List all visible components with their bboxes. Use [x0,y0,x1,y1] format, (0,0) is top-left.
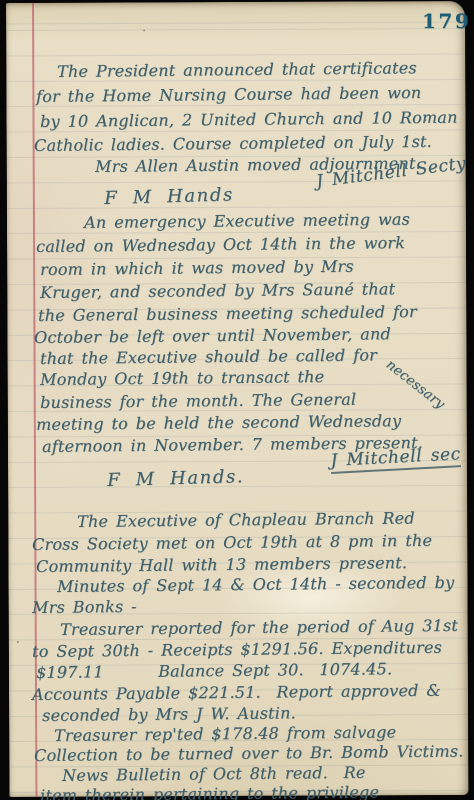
section-heading: F M Hands. [107,467,244,491]
handwriting-line: Kruger, and seconded by Mrs Sauné that [40,279,395,303]
handwriting-line: Collection to be turned over to Br. Bomb… [34,742,464,766]
handwriting-line: Minutes of Sept 14 & Oct 14th - seconded… [57,573,454,597]
handwriting-line: to Sept 30th - Receipts $1291.56. Expend… [32,638,442,662]
handwriting-line: meeting to be held the second Wednesday [36,411,401,435]
handwriting-line: Catholic ladies. Course completed on Jul… [34,132,432,156]
handwriting-line: item therein pertaining to the privilege [40,782,379,800]
handwriting-line: Cross Society met on Oct 19th at 8 pm in… [32,531,432,555]
handwriting-line: for the Home Nursing Course had been won [36,83,421,107]
handwriting-line: October be left over until November, and [34,324,391,348]
handwriting-line: room in which it was moved by Mrs [40,257,354,280]
handwriting-line: that the Executive should be called for [40,345,377,369]
handwriting-line: Monday Oct 19th to transact the [40,367,324,390]
handwriting-line: seconded by Mrs J W. Austin. [42,703,296,726]
handwriting-line: Accounts Payable $221.51. Report approve… [32,681,441,705]
handwriting-line: The President announced that certificate… [57,58,417,82]
handwriting-line: by 10 Anglican, 2 United Church and 10 R… [40,108,458,132]
scanned-minute-book-page: 179 The President announced that certifi… [0,0,474,800]
handwriting-line: Treasurer reported for the period of Aug… [60,616,458,640]
handwriting-line: The Executive of Chapleau Branch Red [77,508,415,532]
handwriting-line: called on Wednesday Oct 14th in the work [36,233,405,257]
inserted-word: necessary [382,355,449,414]
page-number: 179 [422,9,471,33]
handwriting-line: Mrs Bonks - [32,597,137,618]
handwriting-line: $197.11 Balance Sept 30. 1074.45. [36,659,392,683]
handwriting-line: business for the month. The General [40,390,356,413]
handwriting-line: An emergency Executive meeting was [84,210,410,233]
section-heading: F M Hands [104,185,234,209]
handwriting-layer: 179 The President announced that certifi… [0,0,474,800]
handwriting-line: the General business meeting scheduled f… [38,302,417,326]
